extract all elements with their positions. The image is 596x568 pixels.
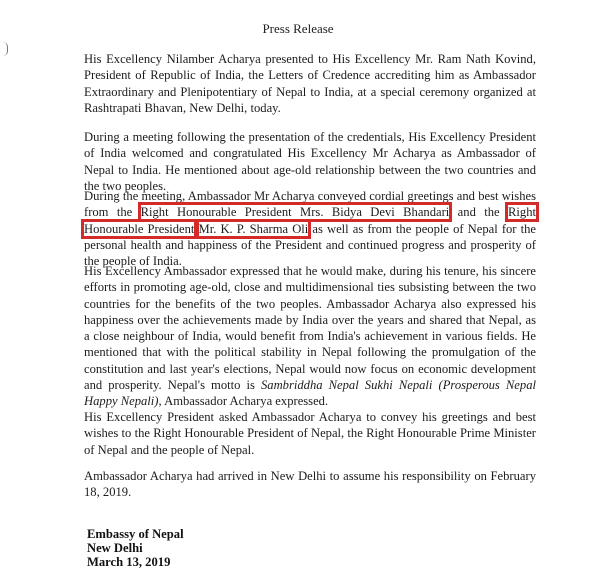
statement-text: His Excellency Ambassador expressed that…	[84, 264, 536, 392]
signature-date: March 13, 2019	[87, 555, 184, 568]
signature-city: New Delhi	[87, 541, 184, 555]
highlight-president-bhandari: Right Honourable President Mrs. Bidya De…	[141, 205, 450, 219]
paragraph-credentials: His Excellency Nilamber Acharya presente…	[84, 51, 536, 116]
highlight-oli-line2: Mr. K. P. Sharma Oli	[199, 222, 309, 236]
paragraph-greetings: During the meeting, Ambassador Mr Achary…	[84, 188, 536, 269]
greetings-text-middle: and the	[449, 205, 508, 219]
signature-embassy: Embassy of Nepal	[87, 527, 184, 541]
document-title: Press Release	[0, 21, 596, 37]
paragraph-ambassador-statement: His Excellency Ambassador expressed that…	[84, 263, 536, 410]
document-page: Press Release His Excellency Nilamber Ac…	[0, 0, 596, 568]
paragraph-president-wishes: His Excellency President asked Ambassado…	[84, 409, 536, 458]
margin-pen-mark	[3, 42, 8, 56]
paragraph-arrival: Ambassador Acharya had arrived in New De…	[84, 468, 536, 501]
statement-text-end: , Ambassador Acharya expressed.	[159, 394, 329, 408]
paragraph-meeting: During a meeting following the presentat…	[84, 129, 536, 194]
signature-block: Embassy of Nepal New Delhi March 13, 201…	[87, 527, 184, 568]
